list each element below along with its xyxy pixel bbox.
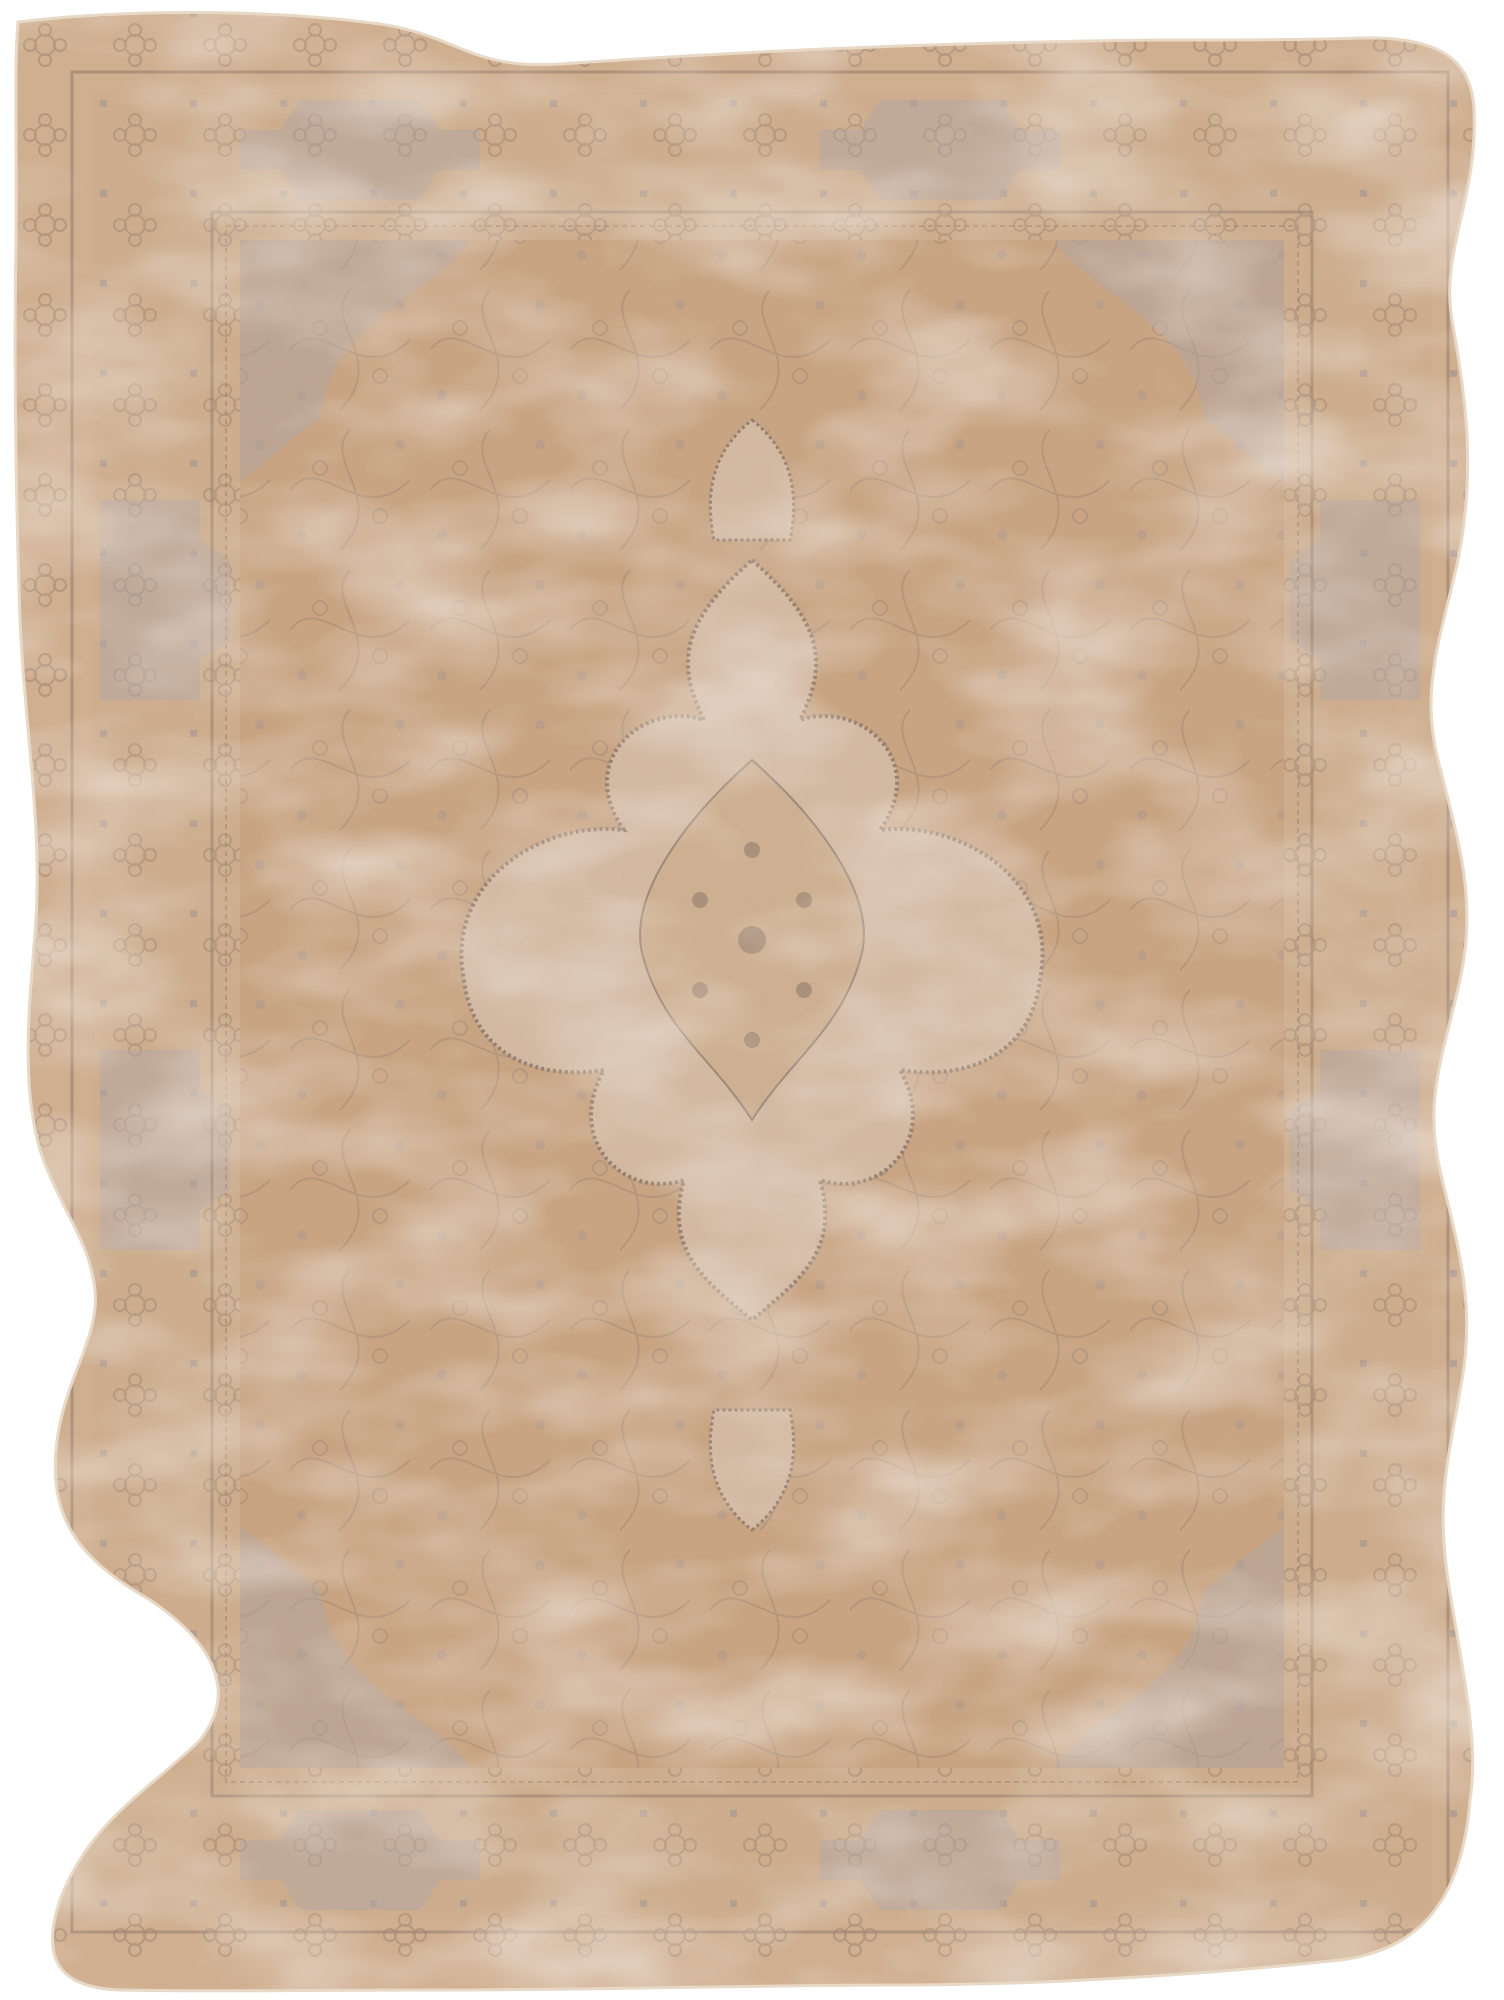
pile-texture xyxy=(0,0,1504,2000)
rug-illustration xyxy=(0,0,1504,2000)
rug-body xyxy=(0,0,1504,2000)
rug-photo xyxy=(0,0,1504,2000)
